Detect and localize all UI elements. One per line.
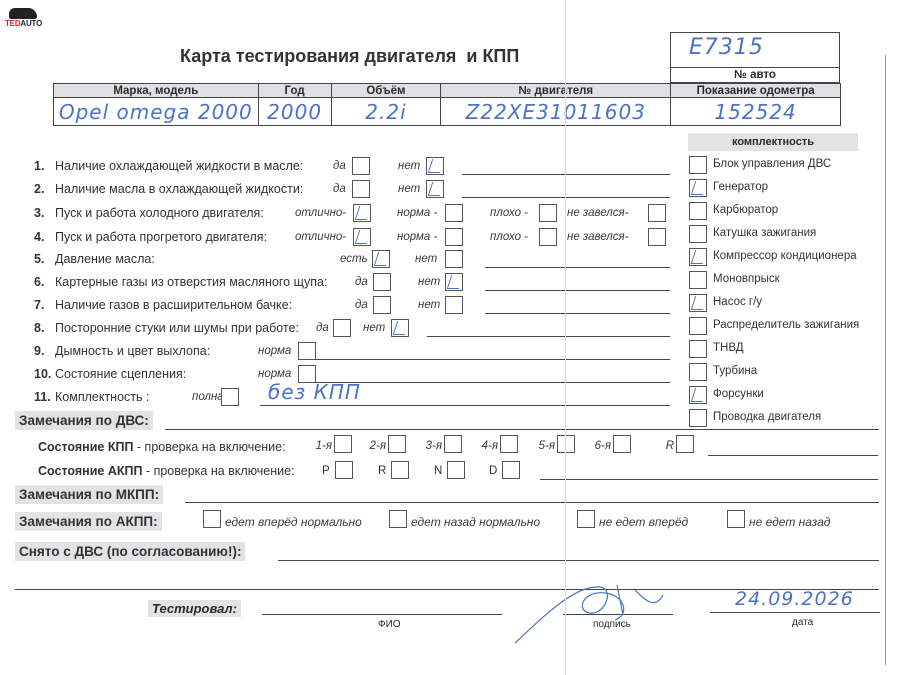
akpp-mode-label: R [378, 465, 386, 477]
check-option-checkbox[interactable] [426, 157, 444, 175]
completeness-checkbox[interactable] [689, 386, 707, 404]
check-option-checkbox[interactable] [373, 273, 391, 291]
check-option-checkbox[interactable] [445, 204, 463, 222]
tested-label: Тестировал: [148, 600, 241, 617]
check-notes-line[interactable] [462, 174, 670, 175]
check-label: Наличие охлаждающей жидкости в масле: [55, 159, 303, 173]
check-option-label: есть [340, 253, 368, 265]
check-label: Пуск и работа холодного двигателя: [55, 206, 264, 220]
check-option-label: нет [363, 322, 385, 334]
completeness-checkbox[interactable] [689, 409, 707, 427]
kpp-gear-checkbox[interactable] [334, 435, 352, 453]
col-engine-number: № двигателя [441, 84, 671, 98]
check-number: 5. [34, 252, 44, 266]
page-title: Карта тестирования двигателя и КПП [180, 46, 519, 67]
check-option-checkbox[interactable] [445, 250, 463, 268]
akpp-state-line[interactable] [540, 479, 878, 480]
completeness-checkbox[interactable] [689, 271, 707, 289]
akpp-mode-checkbox[interactable] [335, 461, 353, 479]
check-option-label: да [355, 276, 368, 288]
date-value[interactable]: 24.09.2026 [735, 588, 854, 610]
check-label: Дымность и цвет выхлопа: [55, 344, 210, 358]
check-label: Посторонние стуки или шумы при работе: [55, 321, 299, 335]
check-number: 6. [34, 275, 44, 289]
check-option-checkbox[interactable] [352, 180, 370, 198]
vehicle-info-table: Марка, модель Год Объём № двигателя Пока… [53, 83, 841, 126]
check-option-label: да [333, 183, 346, 195]
check-option-checkbox[interactable] [353, 228, 371, 246]
volume-value[interactable]: 2.2i [331, 98, 441, 126]
completeness-item-label: Проводка двигателя [713, 411, 821, 423]
completeness-checkbox[interactable] [689, 340, 707, 358]
check-number: 3. [34, 206, 44, 220]
check-option-label: плохо - [490, 231, 528, 243]
completeness-item-label: Турбина [713, 365, 757, 377]
check-option-label: нет [418, 276, 440, 288]
check-number: 7. [34, 298, 44, 312]
check-option-checkbox[interactable] [372, 250, 390, 268]
check-option-checkbox[interactable] [221, 388, 239, 406]
kpp-gear-label: 1-я [314, 440, 332, 452]
check-number: 11. [34, 390, 51, 404]
check-option-checkbox[interactable] [445, 228, 463, 246]
check-option-checkbox[interactable] [333, 319, 351, 337]
kpp-gear-checkbox[interactable] [388, 435, 406, 453]
check-option-checkbox[interactable] [648, 228, 666, 246]
kpp-remarks-line[interactable] [708, 455, 878, 456]
check-option-label: нет [418, 299, 440, 311]
check-notes-line[interactable] [316, 359, 670, 360]
check-option-checkbox[interactable] [445, 296, 463, 314]
completeness-item-label: Моновпрыск [713, 273, 780, 285]
completeness-checkbox[interactable] [689, 317, 707, 335]
check-number: 10. [34, 367, 51, 381]
completeness-note[interactable]: без КПП [268, 380, 361, 404]
akpp-label: Состояние АКПП - проверка на включение: [38, 464, 295, 478]
check-option-checkbox[interactable] [391, 319, 409, 337]
check-number: 9. [34, 344, 44, 358]
mkpp-remarks-label: Замечания по МКПП: [15, 485, 163, 504]
kpp-gear-label: 3-я [424, 440, 442, 452]
check-option-label: нет [415, 253, 437, 265]
col-volume: Объём [331, 84, 441, 98]
check-option-label: да [333, 160, 346, 172]
check-option-checkbox[interactable] [298, 342, 316, 360]
kpp-gear-label: R [656, 440, 674, 452]
col-odometer: Показание одометра [671, 84, 841, 98]
check-notes-line[interactable] [485, 267, 670, 268]
completeness-header: комплектность [688, 133, 858, 151]
check-notes-line[interactable] [427, 336, 670, 337]
akpp-remark-checkbox[interactable] [389, 510, 407, 528]
engine-number-value[interactable]: Z22XE31011603 [441, 98, 671, 126]
akpp-remark-checkbox[interactable] [727, 510, 745, 528]
akpp-remark-checkbox[interactable] [577, 510, 595, 528]
completeness-item-label: Катушка зажигания [713, 227, 816, 239]
completeness-checkbox[interactable] [689, 225, 707, 243]
check-option-checkbox[interactable] [539, 204, 557, 222]
fio-line[interactable] [262, 614, 502, 615]
make-model-value[interactable]: Opel omega 2000 [54, 98, 259, 126]
auto-number-value[interactable]: Е7315 [689, 35, 764, 60]
check-option-label: не завелся- [567, 207, 629, 219]
check-notes-line[interactable] [462, 197, 670, 198]
completeness-item-label: Форсунки [713, 388, 764, 400]
check-option-label: отлично- [295, 231, 346, 243]
removed-label: Снято с ДВС (по согласованию!): [15, 542, 245, 561]
check-label: Пуск и работа прогретого двигателя: [55, 230, 267, 244]
akpp-mode-checkbox[interactable] [502, 461, 520, 479]
completeness-item-label: Компрессор кондиционера [713, 250, 857, 262]
mkpp-remarks-line[interactable] [185, 502, 879, 503]
kpp-gear-label: 5-я [537, 440, 555, 452]
check-notes-line[interactable] [485, 290, 670, 291]
kpp-gear-label: 4-я [480, 440, 498, 452]
kpp-gear-checkbox[interactable] [500, 435, 518, 453]
completeness-item-label: Карбюратор [713, 204, 778, 216]
auto-number-box: Е7315 № авто [670, 32, 840, 83]
check-label: Наличие масла в охлаждающей жидкости: [55, 182, 303, 196]
check-option-label: да [316, 322, 329, 334]
akpp-remark-label: не едет вперёд [599, 515, 688, 529]
check-option-label: плохо - [490, 207, 528, 219]
auto-number-label: № авто [671, 67, 839, 81]
check-notes-line[interactable] [485, 313, 670, 314]
col-make-model: Марка, модель [54, 84, 259, 98]
check-option-label: да [355, 299, 368, 311]
check-option-label: норма [258, 368, 291, 380]
car-icon [9, 8, 37, 19]
akpp-mode-checkbox[interactable] [447, 461, 465, 479]
kpp-gear-checkbox[interactable] [557, 435, 575, 453]
check-option-label: норма [258, 345, 291, 357]
completeness-checkbox[interactable] [689, 202, 707, 220]
completeness-checkbox[interactable] [689, 179, 707, 197]
completeness-item-label: Блок управления ДВС [713, 158, 831, 170]
signature-scribble [505, 575, 685, 650]
akpp-mode-label: N [434, 465, 442, 477]
check-label: Давление масла: [55, 252, 155, 266]
completeness-checkbox[interactable] [689, 156, 707, 174]
kpp-gear-checkbox[interactable] [676, 435, 694, 453]
completeness-item-label: Насос г/у [713, 296, 762, 308]
completeness-item-label: Распределитель зажигания [713, 319, 859, 331]
check-option-checkbox[interactable] [426, 180, 444, 198]
check-label: Комплектность : [55, 390, 149, 404]
logo-text-dark: AUTO [20, 19, 42, 28]
kpp-gear-label: 6-я [593, 440, 611, 452]
check-label: Картерные газы из отверстия масляного щу… [55, 275, 327, 289]
company-logo: TEDAUTO [5, 8, 45, 28]
check-notes-line[interactable] [316, 382, 670, 383]
akpp-mode-label: D [489, 465, 497, 477]
odometer-value[interactable]: 152524 [671, 98, 841, 126]
kpp-label: Состояние КПП - проверка на включение: [38, 440, 286, 454]
fio-caption: ФИО [378, 619, 401, 630]
check-number: 1. [34, 159, 44, 173]
date-line[interactable] [710, 612, 880, 613]
completeness-checkbox[interactable] [689, 248, 707, 266]
check-label: Наличие газов в расширительном бачке: [55, 298, 292, 312]
check-option-label: отлично- [295, 207, 346, 219]
akpp-remark-label: едет вперёд нормально [225, 515, 362, 529]
akpp-mode-checkbox[interactable] [391, 461, 409, 479]
check-option-checkbox[interactable] [352, 157, 370, 175]
check-option-label: норма - [397, 231, 437, 243]
completeness-checkbox[interactable] [689, 294, 707, 312]
check-option-label: нет [398, 160, 420, 172]
check-option-label: норма - [397, 207, 437, 219]
completeness-item-label: ТНВД [713, 342, 744, 354]
dvs-remarks-line[interactable] [165, 429, 879, 430]
check-option-checkbox[interactable] [445, 273, 463, 291]
akpp-remark-label: едет назад нормально [411, 515, 540, 529]
year-value[interactable]: 2000 [258, 98, 331, 126]
dvs-remarks-label: Замечания по ДВС: [15, 411, 153, 430]
check-option-label: нет [398, 183, 420, 195]
col-year: Год [258, 84, 331, 98]
right-border [885, 55, 886, 665]
check-number: 4. [34, 230, 44, 244]
fold-line [565, 0, 566, 675]
kpp-gear-checkbox[interactable] [444, 435, 462, 453]
kpp-gear-label: 2-я [368, 440, 386, 452]
akpp-remarks-label: Замечания по АКПП: [15, 512, 162, 531]
removed-line[interactable] [278, 560, 879, 561]
akpp-mode-label: P [322, 465, 330, 477]
check-number: 8. [34, 321, 44, 335]
completeness-item-label: Генератор [713, 181, 768, 193]
check-option-label: не завелся- [567, 231, 629, 243]
logo-text-red: TED [5, 19, 20, 28]
check-notes-line[interactable] [260, 405, 670, 406]
date-caption: дата [792, 617, 813, 628]
check-option-checkbox[interactable] [539, 228, 557, 246]
check-number: 2. [34, 182, 44, 196]
check-option-checkbox[interactable] [353, 204, 371, 222]
kpp-gear-checkbox[interactable] [613, 435, 631, 453]
check-label: Состояние сцепления: [55, 367, 186, 381]
completeness-checkbox[interactable] [689, 363, 707, 381]
akpp-remark-label: не едет назад [749, 515, 830, 529]
check-option-checkbox[interactable] [648, 204, 666, 222]
akpp-remark-checkbox[interactable] [203, 510, 221, 528]
check-option-checkbox[interactable] [373, 296, 391, 314]
